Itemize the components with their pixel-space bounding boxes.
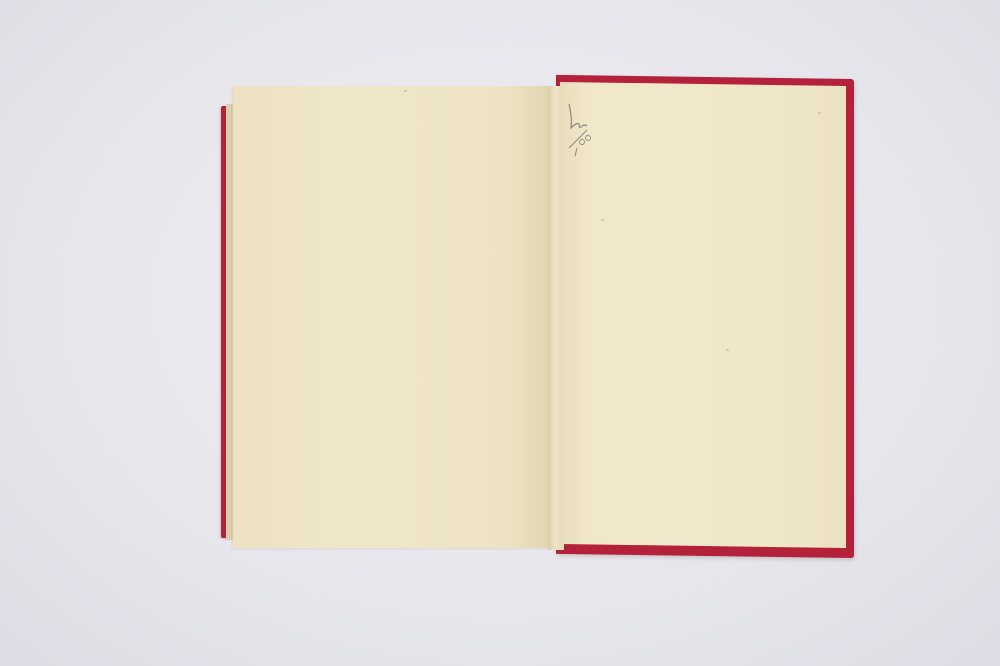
paper-speck	[601, 219, 604, 221]
paper-speck	[818, 112, 821, 114]
pencil-handwriting-icon	[563, 98, 608, 158]
paper-speck	[726, 349, 729, 351]
left-endpaper	[233, 86, 556, 548]
paper-speck	[404, 90, 407, 92]
